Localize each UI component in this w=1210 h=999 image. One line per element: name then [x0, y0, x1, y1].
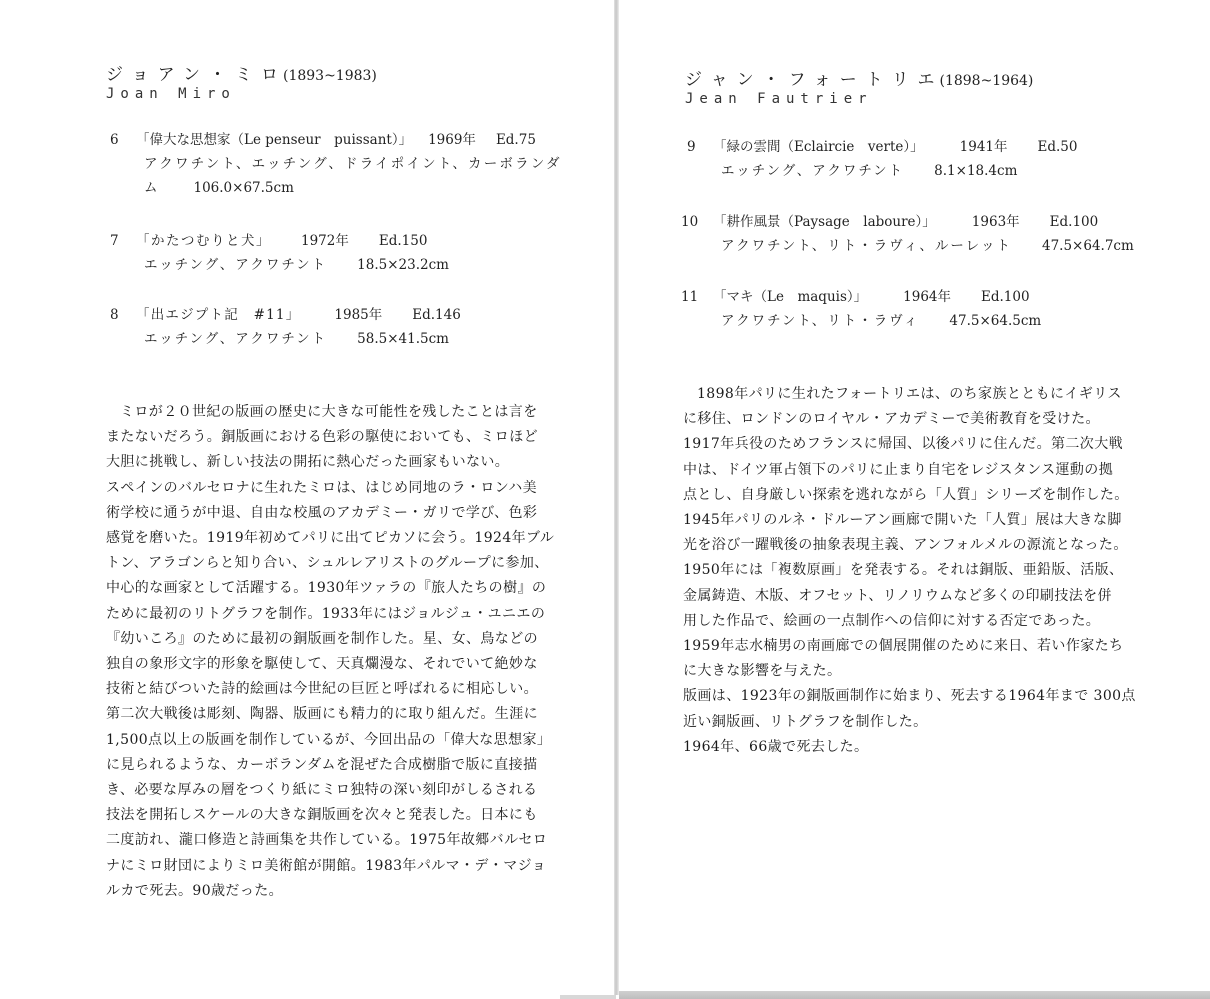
bio-line: に大きな影響を与えた。: [683, 659, 1136, 684]
work-size: 8.1×18.4cm: [934, 163, 1017, 179]
artist-name-ja: ジャン・フォートリエ: [685, 70, 943, 90]
bio-line: 1959年志水楠男の南画廊での個展開催のために来日、若い作家たち: [683, 634, 1136, 659]
bio-line: 用した作品で、絵画の一点制作への信仰に対する否定であった。: [683, 609, 1136, 634]
work-edition: Ed.150: [379, 229, 428, 253]
work-edition: Ed.50: [1038, 135, 1078, 159]
bio-line: 版画は、1923年の銅版画制作に始まり、死去する1964年まで 300点: [683, 684, 1136, 709]
bio-line: 1898年パリに生れたフォートリエは、のち家族とともにイギリス: [683, 382, 1136, 407]
bio-line: 近い銅版画、リトグラフを制作した。: [683, 710, 1136, 735]
bio-line: 術学校に通うが中退、自由な校風のアカデミー・ガリで学び、色彩: [106, 501, 554, 526]
bio-line: トン、アラゴンらと知り合い、シュルレアリストのグループに参加、: [106, 551, 554, 576]
work-technique: アクワチント、リト・ラヴィ: [721, 313, 919, 329]
work-edition: Ed.146: [412, 303, 461, 327]
bio-line: 1945年パリのルネ・ドルーアン画廊で開いた「人質」展は大きな脚: [683, 508, 1136, 533]
left-page: ジョアン・ミロ(1893~1983) Joan Miro 6「偉大な思想家（Le…: [0, 0, 614, 999]
bio-line: 金属鋳造、木版、オフセット、リノリウムなど多くの印刷技法を併: [683, 584, 1136, 609]
work-year: 1941年: [960, 135, 1008, 159]
artist-years: (1898~1964): [939, 73, 1033, 89]
work-edition: Ed.100: [1050, 210, 1099, 234]
work-year: 1963年: [972, 210, 1020, 234]
artist-biography: 1898年パリに生れたフォートリエは、のち家族とともにイギリス に移住、ロンドン…: [683, 382, 1136, 760]
bio-line: 技術と結びついた詩的絵画は今世紀の巨匠と呼ばれるに相応しい。: [106, 677, 554, 702]
bio-line: に見られるような、カーボランダムを混ぜた合成樹脂で版に直接描: [106, 753, 554, 778]
work-size: 47.5×64.5cm: [949, 313, 1041, 329]
work-title: 「緑の雲間（Eclaircie verte）」: [713, 135, 924, 159]
work-edition: Ed.75: [496, 128, 536, 152]
bio-line: 1950年には「複数原画」を発表する。それは銅版、亜鉛版、活版、: [683, 558, 1136, 583]
bio-line: またないだろう。銅版画における色彩の駆使においても、ミロほど: [106, 425, 554, 450]
work-year: 1969年: [428, 128, 476, 152]
bio-line: ために最初のリトグラフを制作。1933年にはジョルジュ・ユニエの: [106, 602, 554, 627]
work-number: 6: [110, 128, 136, 152]
work-number: 9: [687, 135, 713, 159]
bio-line: 『幼いころ』のために最初の銅版画を制作した。星、女、鳥などの: [106, 627, 554, 652]
work-technique: エッチング、アクワチント: [721, 163, 904, 179]
bio-line: スペインのバルセロナに生れたミロは、はじめ同地のラ・ロンハ美: [106, 476, 554, 501]
work-entry: 11「マキ（Le maquis）」1964年Ed.100 アクワチント、リト・ラ…: [681, 285, 1041, 333]
work-size: 58.5×41.5cm: [357, 331, 449, 347]
work-title: 「耕作風景（Paysage laboure）」: [713, 210, 936, 234]
book-spread: ジョアン・ミロ(1893~1983) Joan Miro 6「偉大な思想家（Le…: [0, 0, 1210, 999]
work-title: 「マキ（Le maquis）」: [713, 285, 867, 309]
bio-line: 1,500点以上の版画を制作しているが、今回出品の「偉大な思想家」: [106, 728, 554, 753]
work-year: 1964年: [903, 285, 951, 309]
work-entry: 8「出エジプト記 #11」1985年Ed.146 エッチング、アクワチント58.…: [110, 303, 461, 351]
bio-line: 大胆に挑戦し、新しい技法の開拓に熱心だった画家もいない。: [106, 450, 554, 475]
work-number: 8: [110, 303, 136, 327]
work-number: 11: [681, 285, 713, 309]
work-technique: エッチング、アクワチント: [144, 331, 327, 347]
bio-line: 第二次大戦後は彫刻、陶器、版画にも精力的に取り組んだ。生涯に: [106, 702, 554, 727]
right-page: ジャン・フォートリエ(1898~1964) Jean Fautrier 9「緑の…: [619, 0, 1210, 999]
work-number: 10: [681, 210, 713, 234]
work-title: 「かたつむりと犬」: [136, 229, 271, 253]
work-size: 18.5×23.2cm: [357, 257, 449, 273]
work-year: 1985年: [334, 303, 382, 327]
work-number: 7: [110, 229, 136, 253]
bio-line: 技法を開拓しスケールの大きな銅版画を次々と発表した。日本にも: [106, 803, 554, 828]
work-entry: 9「緑の雲間（Eclaircie verte）」1941年Ed.50 エッチング…: [687, 135, 1077, 183]
work-title: 「偉大な思想家（Le penseur puissant）」: [136, 128, 412, 152]
bio-line: ナにミロ財団によりミロ美術館が開館。1983年パルマ・デ・マジョ: [106, 854, 554, 879]
work-entry: 6「偉大な思想家（Le penseur puissant）」1969年Ed.75…: [110, 128, 562, 200]
artist-heading: ジャン・フォートリエ(1898~1964): [685, 65, 1033, 90]
artist-heading: ジョアン・ミロ(1893~1983): [106, 60, 377, 85]
bio-line: 中心的な画家として活躍する。1930年ツァラの『旅人たちの樹』の: [106, 576, 554, 601]
page-edge: [560, 995, 616, 999]
work-entry: 7「かたつむりと犬」1972年Ed.150 エッチング、アクワチント18.5×2…: [110, 229, 449, 277]
bio-line: き、必要な厚みの層をつくり紙にミロ独特の深い刻印がしるされる: [106, 778, 554, 803]
bio-line: 光を浴び一躍戦後の抽象表現主義、アンフォルメルの源流となった。: [683, 533, 1136, 558]
work-title: 「出エジプト記 #11」: [136, 303, 300, 327]
work-year: 1972年: [301, 229, 349, 253]
bio-line: ミロが２０世紀の版画の歴史に大きな可能性を残したことは言を: [106, 400, 554, 425]
work-technique: エッチング、アクワチント: [144, 257, 327, 273]
artist-name-en: Joan Miro: [106, 86, 236, 102]
work-size: 106.0×67.5cm: [194, 180, 294, 196]
work-edition: Ed.100: [981, 285, 1030, 309]
bio-line: 感覚を磨いた。1919年初めてパリに出てピカソに会う。1924年ブル: [106, 526, 554, 551]
bio-line: 点とし、自身厳しい探索を逃れながら「人質」シリーズを制作した。: [683, 483, 1136, 508]
bio-line: ルカで死去。90歳だった。: [106, 879, 554, 904]
work-technique: アクワチント、エッチング、ドライポイント、カーボランダ: [110, 152, 562, 176]
bio-line: 二度訪れ、瀧口修造と詩画集を共作している。1975年故郷バルセロ: [106, 828, 554, 853]
bio-line: に移住、ロンドンのロイヤル・アカデミーで美術教育を受けた。: [683, 407, 1136, 432]
work-entry: 10「耕作風景（Paysage laboure）」1963年Ed.100 アクワ…: [681, 210, 1134, 258]
work-size: 47.5×64.7cm: [1042, 238, 1134, 254]
artist-biography: ミロが２０世紀の版画の歴史に大きな可能性を残したことは言を またないだろう。銅版…: [106, 400, 554, 904]
bio-line: 独自の象形文字的形象を駆使して、天真爛漫な、それでいて絶妙な: [106, 652, 554, 677]
bio-line: 1964年、66歳で死去した。: [683, 735, 1136, 760]
artist-name-en: Jean Fautrier: [685, 91, 873, 107]
bio-line: 中は、ドイツ軍占領下のパリに止まり自宅をレジスタンス運動の拠: [683, 458, 1136, 483]
work-technique-cont: ム: [144, 180, 158, 196]
artist-name-ja: ジョアン・ミロ: [106, 65, 287, 85]
artist-years: (1893~1983): [283, 68, 377, 84]
bio-line: 1917年兵役のためフランスに帰国、以後パリに住んだ。第二次大戦: [683, 432, 1136, 457]
work-technique: アクワチント、リト・ラヴィ、ルーレット: [721, 238, 1012, 254]
